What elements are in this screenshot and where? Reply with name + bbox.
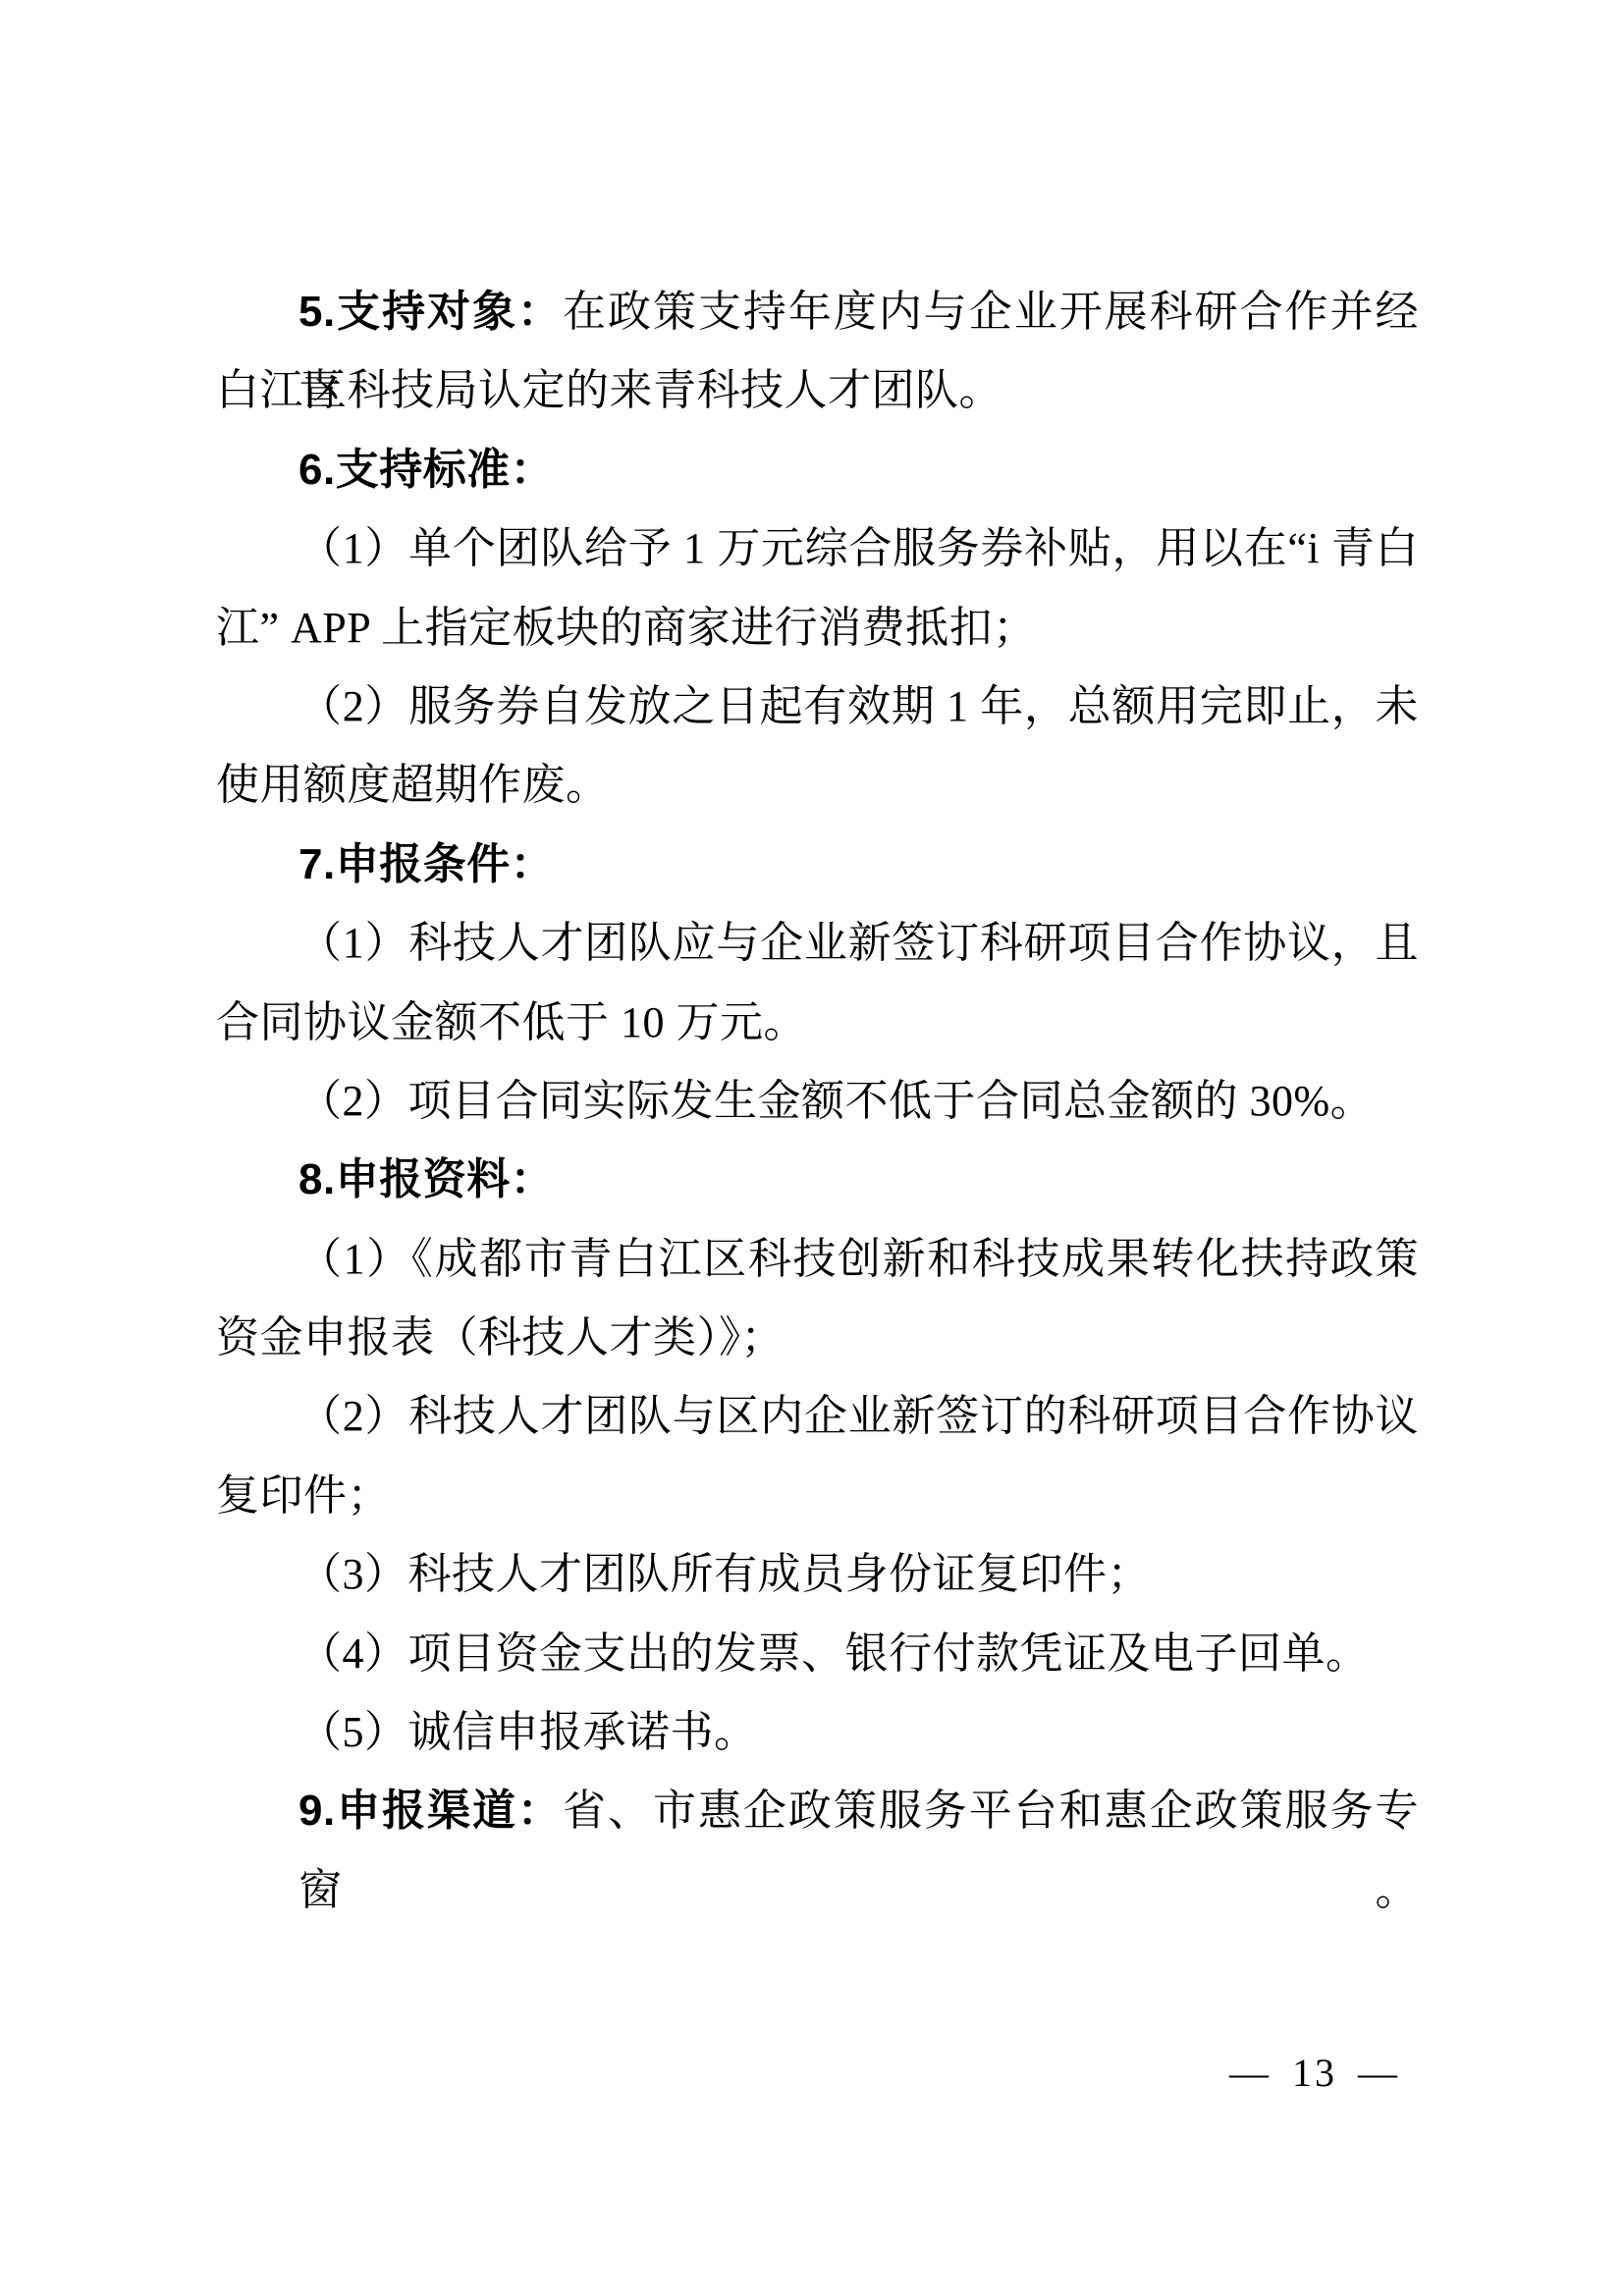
text-line-2: 白江区科技局认定的来青科技人才团队。 xyxy=(216,351,1419,430)
section-heading-label: 7.申报条件： xyxy=(298,840,554,888)
body-text: （4）项目资金支出的发票、银行付款凭证及电子回单。 xyxy=(298,1629,1370,1678)
body-text: 使用额度超期作废。 xyxy=(216,761,610,809)
body-text: （1）科技人才团队应与企业新签订科研项目合作协议，且 xyxy=(298,919,1419,967)
body-text: （2）服务券自发放之日起有效期 1 年，总额用完即止，未 xyxy=(298,682,1419,730)
document-page: 5.支持对象：在政策支持年度内与企业开展科研合作并经青白江区科技局认定的来青科技… xyxy=(0,0,1624,2296)
text-line-4: （1）单个团队给予 1 万元综合服务券补贴，用以在“i 青白 xyxy=(216,509,1419,588)
text-line-7: 使用额度超期作废。 xyxy=(216,746,1419,825)
body-text: 复印件； xyxy=(216,1471,391,1520)
body-text: （5）诚信申报承诺书。 xyxy=(298,1708,758,1756)
text-line-16: 复印件； xyxy=(216,1457,1419,1535)
body-text: （1）《成都市青白江区科技创新和科技成果转化扶持政策 xyxy=(298,1235,1419,1283)
section-heading-label: 9.申报渠道： xyxy=(298,1787,563,1835)
text-line-17: （3）科技人才团队所有成员身份证复印件； xyxy=(216,1535,1419,1614)
body-text: （2）科技人才团队与区内企业新签订的科研项目合作协议 xyxy=(298,1392,1419,1440)
document-lines: 5.支持对象：在政策支持年度内与企业开展科研合作并经青白江区科技局认定的来青科技… xyxy=(216,273,1419,1851)
section-heading-label: 5.支持对象： xyxy=(298,288,563,336)
page-number: — 13 — xyxy=(1229,2052,1400,2095)
body-text: 资金申报表（科技人才类）》； xyxy=(216,1313,785,1362)
text-line-15: （2）科技人才团队与区内企业新签订的科研项目合作协议 xyxy=(216,1377,1419,1456)
section-heading-label: 8.申报资料： xyxy=(298,1155,554,1203)
text-line-6: （2）服务券自发放之日起有效期 1 年，总额用完即止，未 xyxy=(216,667,1419,746)
body-text: 江” APP 上指定板块的商家进行消费抵扣； xyxy=(216,604,1037,652)
text-line-8: 7.申报条件： xyxy=(216,826,1419,904)
text-line-13: （1）《成都市青白江区科技创新和科技成果转化扶持政策 xyxy=(216,1220,1419,1299)
text-line-10: 合同协议金额不低于 10 万元。 xyxy=(216,984,1419,1062)
text-line-1: 5.支持对象：在政策支持年度内与企业开展科研合作并经青 xyxy=(216,273,1419,351)
text-line-9: （1）科技人才团队应与企业新签订科研项目合作协议，且 xyxy=(216,904,1419,983)
text-line-18: （4）项目资金支出的发票、银行付款凭证及电子回单。 xyxy=(216,1615,1419,1693)
text-line-12: 8.申报资料： xyxy=(216,1141,1419,1219)
text-line-19: （5）诚信申报承诺书。 xyxy=(216,1693,1419,1772)
text-line-5: 江” APP 上指定板块的商家进行消费抵扣； xyxy=(216,589,1419,667)
body-text: 合同协议金额不低于 10 万元。 xyxy=(216,998,807,1046)
text-line-20: 9.申报渠道：省、市惠企政策服务平台和惠企政策服务专窗。 xyxy=(216,1772,1419,1850)
body-text: 白江区科技局认定的来青科技人才团队。 xyxy=(216,366,1002,414)
text-line-3: 6.支持标准： xyxy=(216,431,1419,509)
text-line-11: （2）项目合同实际发生金额不低于合同总金额的 30%。 xyxy=(216,1062,1419,1141)
section-heading-label: 6.支持标准： xyxy=(298,446,554,494)
body-text: （1）单个团队给予 1 万元综合服务券补贴，用以在“i 青白 xyxy=(298,524,1419,572)
body-text: （3）科技人才团队所有成员身份证复印件； xyxy=(298,1550,1151,1598)
text-line-14: 资金申报表（科技人才类）》； xyxy=(216,1299,1419,1377)
body-text: （2）项目合同实际发生金额不低于合同总金额的 30%。 xyxy=(298,1077,1374,1125)
